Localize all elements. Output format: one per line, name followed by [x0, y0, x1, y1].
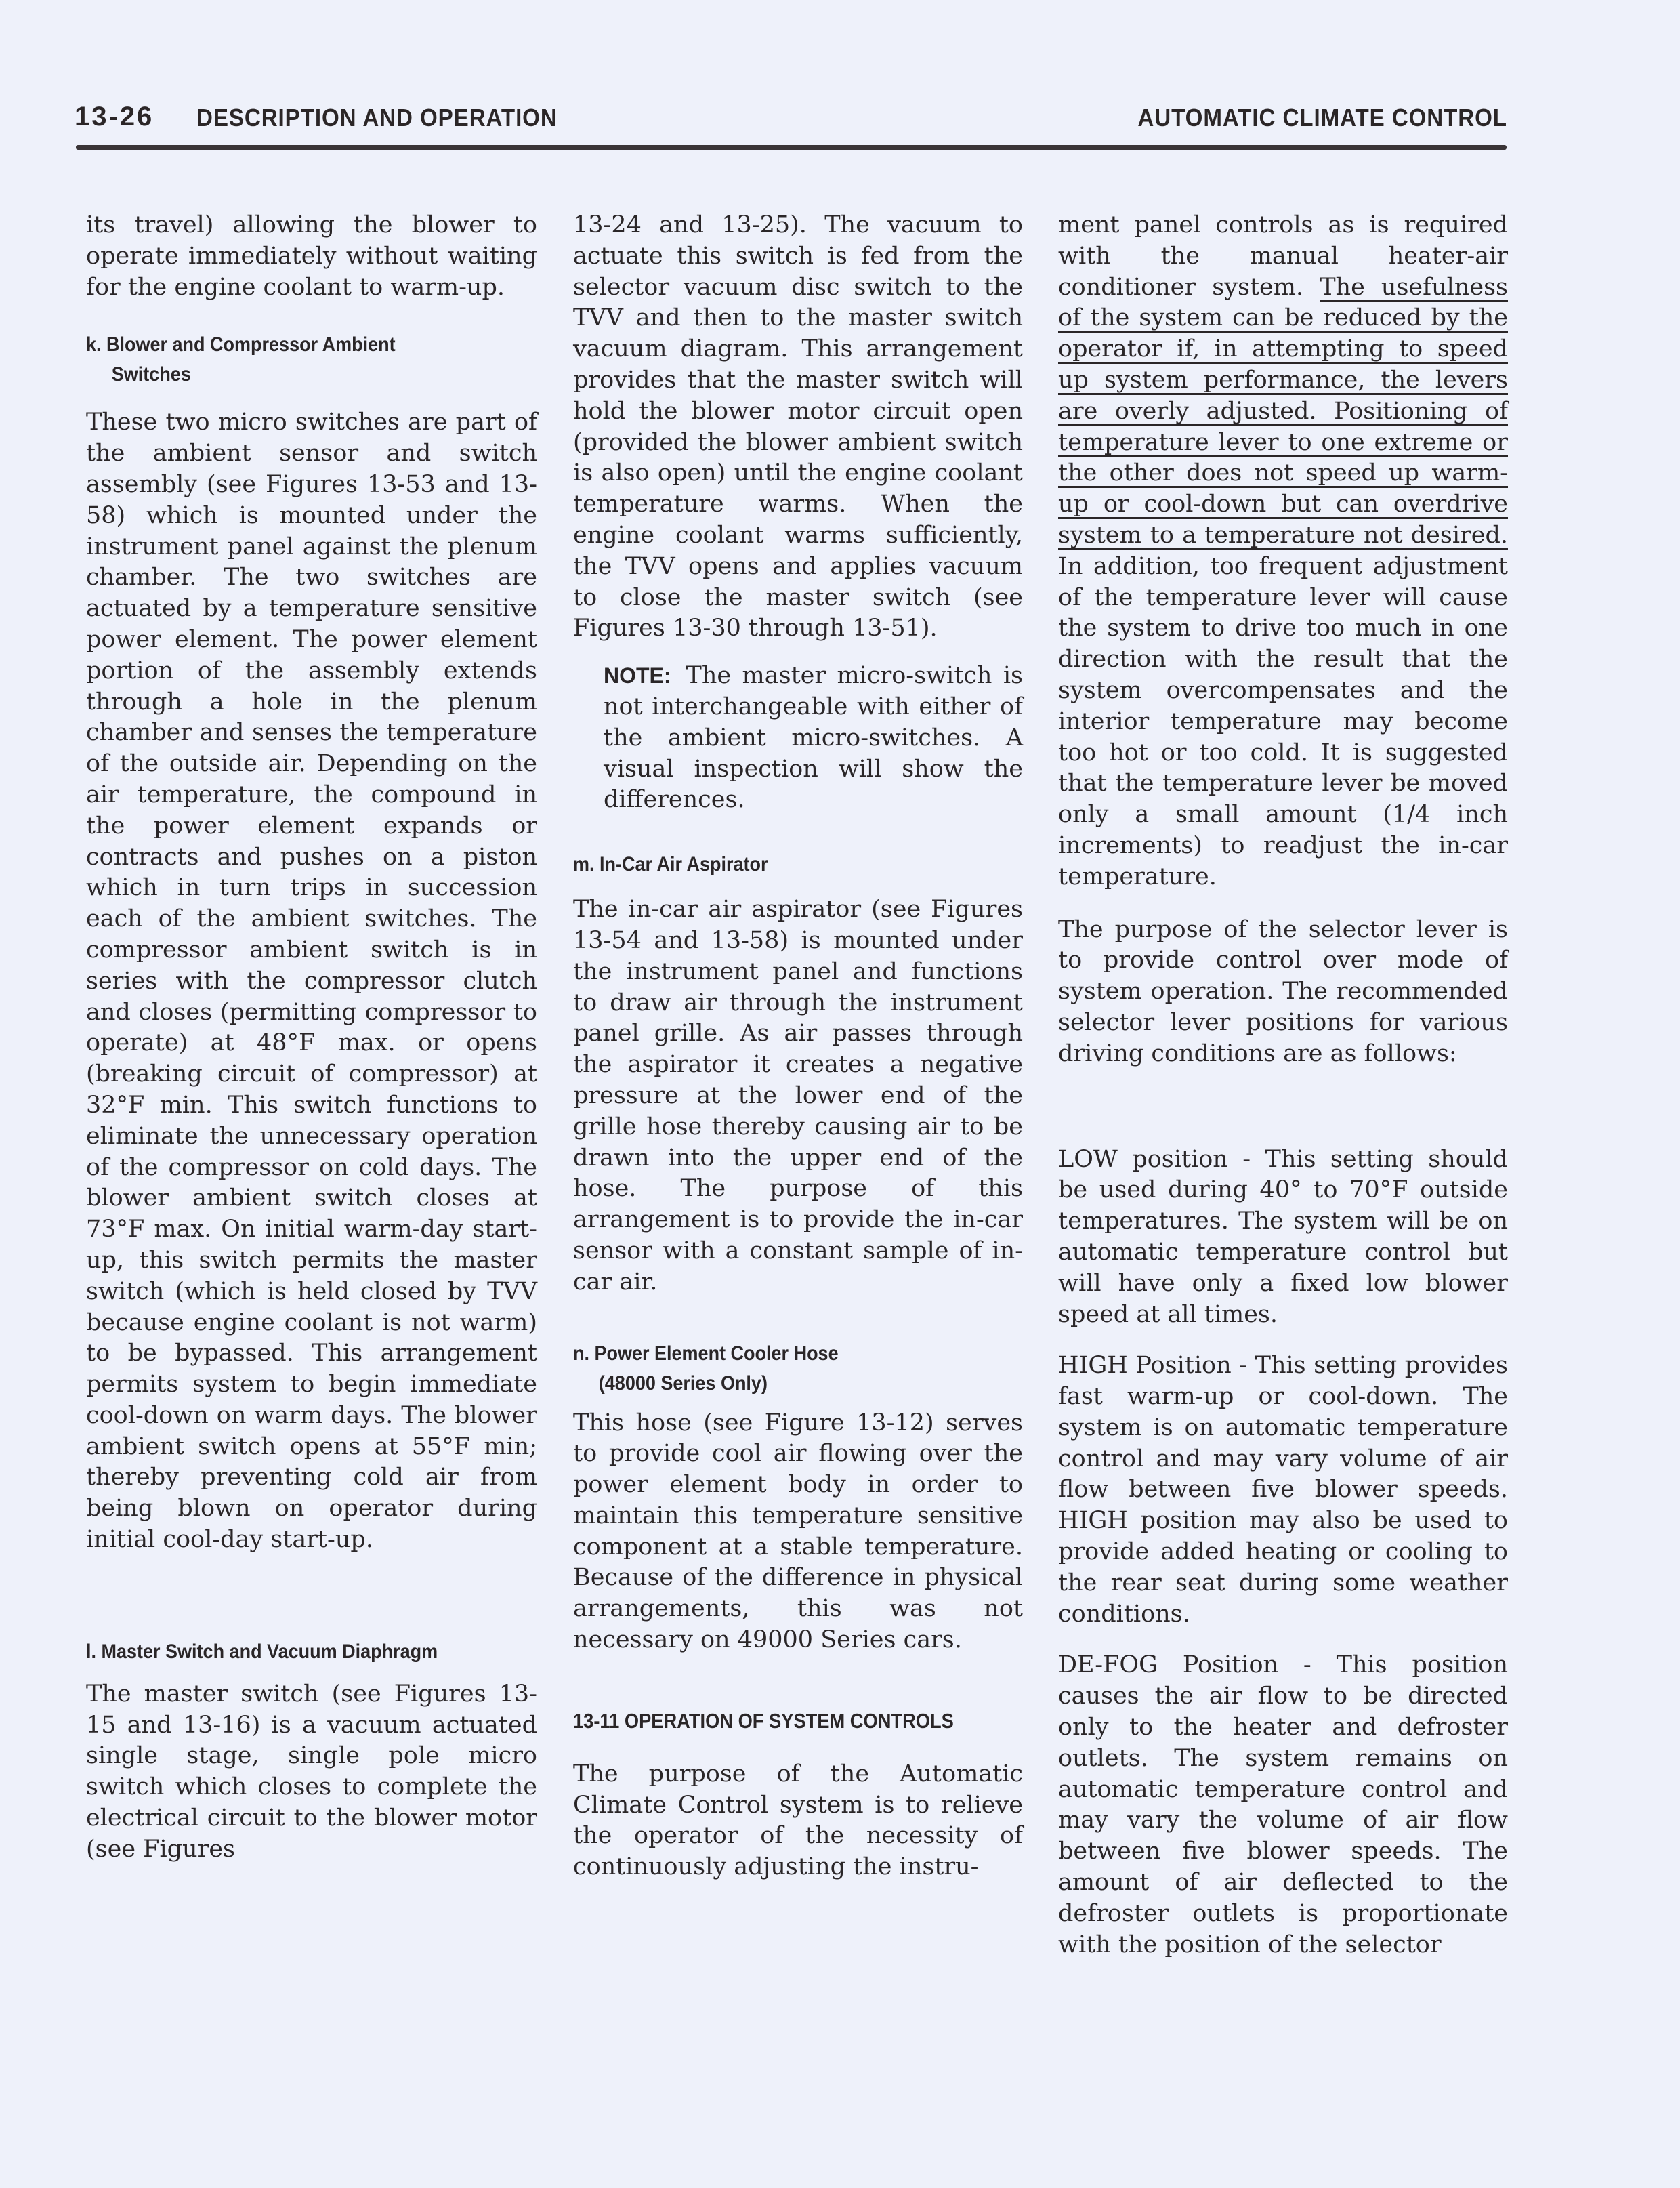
- page-number: 13-26: [75, 102, 154, 132]
- low-position-paragraph: LOW position - This setting should be us…: [1058, 1144, 1508, 1331]
- high-position-paragraph: HIGH Position - This setting provides fa…: [1058, 1350, 1508, 1630]
- paragraph-tail: In addition, too frequent adjustment of …: [1058, 553, 1508, 890]
- page-header: 13-26 DESCRIPTION AND OPERATION AUTOMATI…: [75, 102, 1507, 140]
- chapter-title: AUTOMATIC CLIMATE CONTROL: [1137, 104, 1507, 132]
- section-k-heading-line2: Switches: [86, 360, 492, 390]
- continuation-paragraph: 13-24 and 13-25). The vacuum to actuate …: [573, 210, 1023, 644]
- selector-lever-paragraph: The purpose of the selector lever is to …: [1058, 915, 1508, 1070]
- section-title: DESCRIPTION AND OPERATION: [196, 104, 558, 132]
- section-n-heading-line2: (48000 Series Only): [573, 1369, 978, 1399]
- note-block: NOTE:The master micro-switch is not inte…: [604, 661, 1023, 816]
- section-k-heading-line1: k. Blower and Compressor Ambient: [86, 333, 396, 356]
- section-m-heading: m. In-Car Air Aspirator: [573, 850, 978, 880]
- section-13-11-body: The purpose of the Automatic Climate Con…: [573, 1759, 1023, 1883]
- section-n-heading-line1: n. Power Element Cooler Hose: [573, 1342, 839, 1365]
- right-column: ment panel controls as is required with …: [1058, 210, 1508, 1960]
- section-l-heading: l. Master Switch and Vacuum Diaphragm: [86, 1637, 492, 1667]
- continuation-paragraph: its travel) allowing the blower to opera…: [86, 210, 537, 303]
- section-k-body: These two micro switches are part of the…: [86, 407, 537, 1555]
- section-m-body: The in-car air aspirator (see Figures 13…: [573, 894, 1023, 1298]
- defog-position-paragraph: DE-FOG Position - This position causes t…: [1058, 1650, 1508, 1960]
- header-rule-divider: [76, 145, 1507, 150]
- usefulness-paragraph: ment panel controls as is required with …: [1058, 210, 1508, 893]
- section-n-body: This hose (see Figure 13-12) serves to p…: [573, 1408, 1023, 1656]
- middle-column: 13-24 and 13-25). The vacuum to actuate …: [573, 210, 1023, 1883]
- underlined-caution-text: The usefulness of the system can be redu…: [1058, 274, 1508, 549]
- section-k-heading: k. Blower and Compressor Ambient Switche…: [86, 330, 492, 390]
- note-label: NOTE:: [604, 663, 671, 688]
- section-l-body: The master switch (see Figures 13-15 and…: [86, 1679, 537, 1865]
- left-column: its travel) allowing the blower to opera…: [86, 210, 537, 1865]
- section-13-11-heading: 13-11 OPERATION OF SYSTEM CONTROLS: [573, 1706, 969, 1736]
- section-n-heading: n. Power Element Cooler Hose (48000 Seri…: [573, 1339, 978, 1399]
